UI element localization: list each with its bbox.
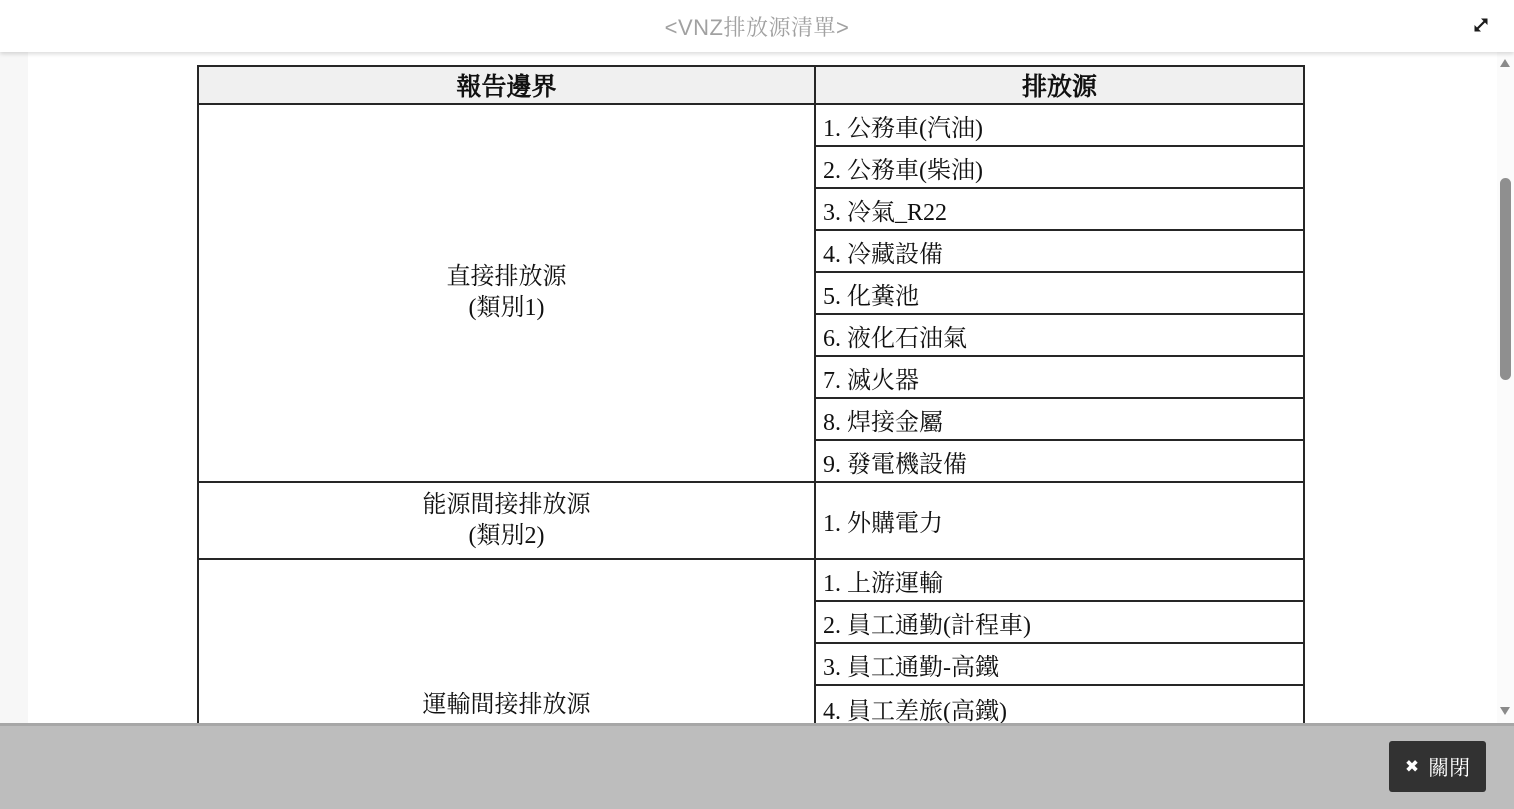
emission-source-cell: 2. 員工通勤(計程車) <box>815 601 1304 643</box>
emission-source-cell: 3. 員工通勤-高鐵 <box>815 643 1304 685</box>
emission-source-cell: 1. 公務車(汽油) <box>815 104 1304 146</box>
close-button-label: 關閉 <box>1428 752 1470 782</box>
modal-title: <VNZ排放源清單> <box>665 11 850 42</box>
scroll-down-icon[interactable] <box>1500 707 1510 715</box>
emission-source-cell: 4. 員工差旅(高鐵) <box>815 685 1304 723</box>
boundary-label: 運輸間接排放源 <box>199 690 814 721</box>
emission-source-cell: 2. 公務車(柴油) <box>815 146 1304 188</box>
table-header-row: 報告邊界 排放源 <box>198 66 1304 104</box>
table-row: 運輸間接排放源1. 上游運輸 <box>198 559 1304 601</box>
table-row: 能源間接排放源(類別2)1. 外購電力 <box>198 482 1304 559</box>
emission-table-body: 直接排放源(類別1)1. 公務車(汽油)2. 公務車(柴油)3. 冷氣_R224… <box>198 104 1304 723</box>
vertical-scrollbar[interactable] <box>1497 52 1514 723</box>
modal-titlebar: <VNZ排放源清單> <box>0 0 1514 52</box>
emission-source-table: 報告邊界 排放源 直接排放源(類別1)1. 公務車(汽油)2. 公務車(柴油)3… <box>197 65 1305 723</box>
emission-source-cell: 7. 滅火器 <box>815 356 1304 398</box>
emission-source-cell: 9. 發電機設備 <box>815 440 1304 482</box>
expand-icon[interactable] <box>1470 14 1492 36</box>
emission-source-cell: 4. 冷藏設備 <box>815 230 1304 272</box>
emission-source-cell: 3. 冷氣_R22 <box>815 188 1304 230</box>
scrollbar-thumb[interactable] <box>1500 178 1511 380</box>
close-icon: ✖ <box>1405 758 1419 775</box>
category-label: (類別2) <box>199 521 814 552</box>
boundary-cell: 直接排放源(類別1) <box>198 104 815 482</box>
emission-source-cell: 1. 外購電力 <box>815 482 1304 559</box>
boundary-label: 能源間接排放源 <box>199 490 814 521</box>
modal-footer: ✖ 關閉 <box>0 723 1514 809</box>
page-margin <box>0 52 28 723</box>
emission-source-cell: 5. 化糞池 <box>815 272 1304 314</box>
column-header-boundary: 報告邊界 <box>198 66 815 104</box>
boundary-cell: 能源間接排放源(類別2) <box>198 482 815 559</box>
boundary-label: 直接排放源 <box>199 262 814 293</box>
boundary-cell: 運輸間接排放源 <box>198 559 815 723</box>
document-viewport: 報告邊界 排放源 直接排放源(類別1)1. 公務車(汽油)2. 公務車(柴油)3… <box>0 52 1514 723</box>
emission-source-cell: 8. 焊接金屬 <box>815 398 1304 440</box>
emission-source-cell: 6. 液化石油氣 <box>815 314 1304 356</box>
table-row: 直接排放源(類別1)1. 公務車(汽油) <box>198 104 1304 146</box>
emission-source-cell: 1. 上游運輸 <box>815 559 1304 601</box>
scroll-up-icon[interactable] <box>1500 59 1510 67</box>
close-button[interactable]: ✖ 關閉 <box>1389 741 1486 792</box>
category-label: (類別1) <box>199 293 814 324</box>
column-header-source: 排放源 <box>815 66 1304 104</box>
